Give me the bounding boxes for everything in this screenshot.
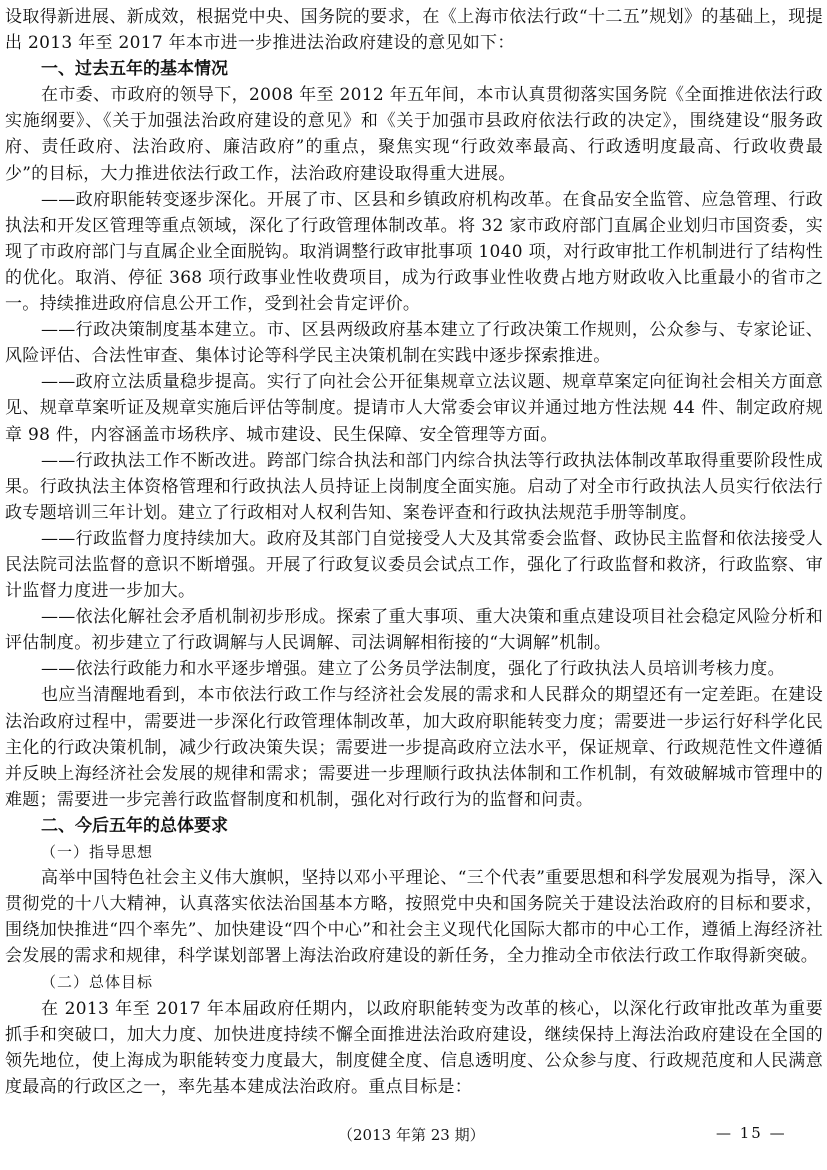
body-paragraph: ——依法行政能力和水平逐步增强。建立了公务员学法制度，强化了行政执法人员培训考核… bbox=[5, 656, 823, 682]
page-footer: （2013 年第 23 期） — 15 — bbox=[0, 1124, 827, 1148]
body-paragraph: ——行政执法工作不断改进。跨部门综合执法和部门内综合执法等行政执法体制改革取得重… bbox=[5, 448, 823, 526]
body-paragraph: 也应当清醒地看到，本市依法行政工作与经济社会发展的需求和人民群众的期望还有一定差… bbox=[5, 682, 823, 812]
body-paragraph: ——政府职能转变逐步深化。开展了市、区县和乡镇政府机构改革。在食品安全监管、应急… bbox=[5, 187, 823, 317]
page-number: — 15 — bbox=[716, 1124, 787, 1142]
body-paragraph: ——依法化解社会矛盾机制初步形成。探索了重大事项、重大决策和重点建设项目社会稳定… bbox=[5, 604, 823, 656]
document-page: 设取得新进展、新成效，根据党中央、国务院的要求，在《上海市依法行政“十二五”规划… bbox=[5, 4, 823, 1100]
subheading-guiding-thought: （一）指导思想 bbox=[5, 839, 823, 865]
body-paragraph: ——行政决策制度基本建立。市、区县两级政府基本建立了行政决策工作规则，公众参与、… bbox=[5, 317, 823, 369]
section-heading-2: 二、今后五年的总体要求 bbox=[5, 813, 823, 839]
issue-label: （2013 年第 23 期） bbox=[338, 1124, 485, 1145]
body-paragraph: 高举中国特色社会主义伟大旗帜，坚持以邓小平理论、“三个代表”重要思想和科学发展观… bbox=[5, 865, 823, 969]
intro-paragraph: 设取得新进展、新成效，根据党中央、国务院的要求，在《上海市依法行政“十二五”规划… bbox=[5, 4, 823, 56]
section-heading-1: 一、过去五年的基本情况 bbox=[5, 56, 823, 82]
body-paragraph: 在 2013 年至 2017 年本届政府任期内，以政府职能转变为改革的核心，以深… bbox=[5, 996, 823, 1100]
body-paragraph: 在市委、市政府的领导下，2008 年至 2012 年五年间，本市认真贯彻落实国务… bbox=[5, 82, 823, 186]
body-paragraph: ——政府立法质量稳步提高。实行了向社会公开征集规章立法议题、规章草案定向征询社会… bbox=[5, 369, 823, 447]
subheading-overall-goal: （二）总体目标 bbox=[5, 969, 823, 995]
body-paragraph: ——行政监督力度持续加大。政府及其部门自觉接受人大及其常委会监督、政协民主监督和… bbox=[5, 526, 823, 604]
